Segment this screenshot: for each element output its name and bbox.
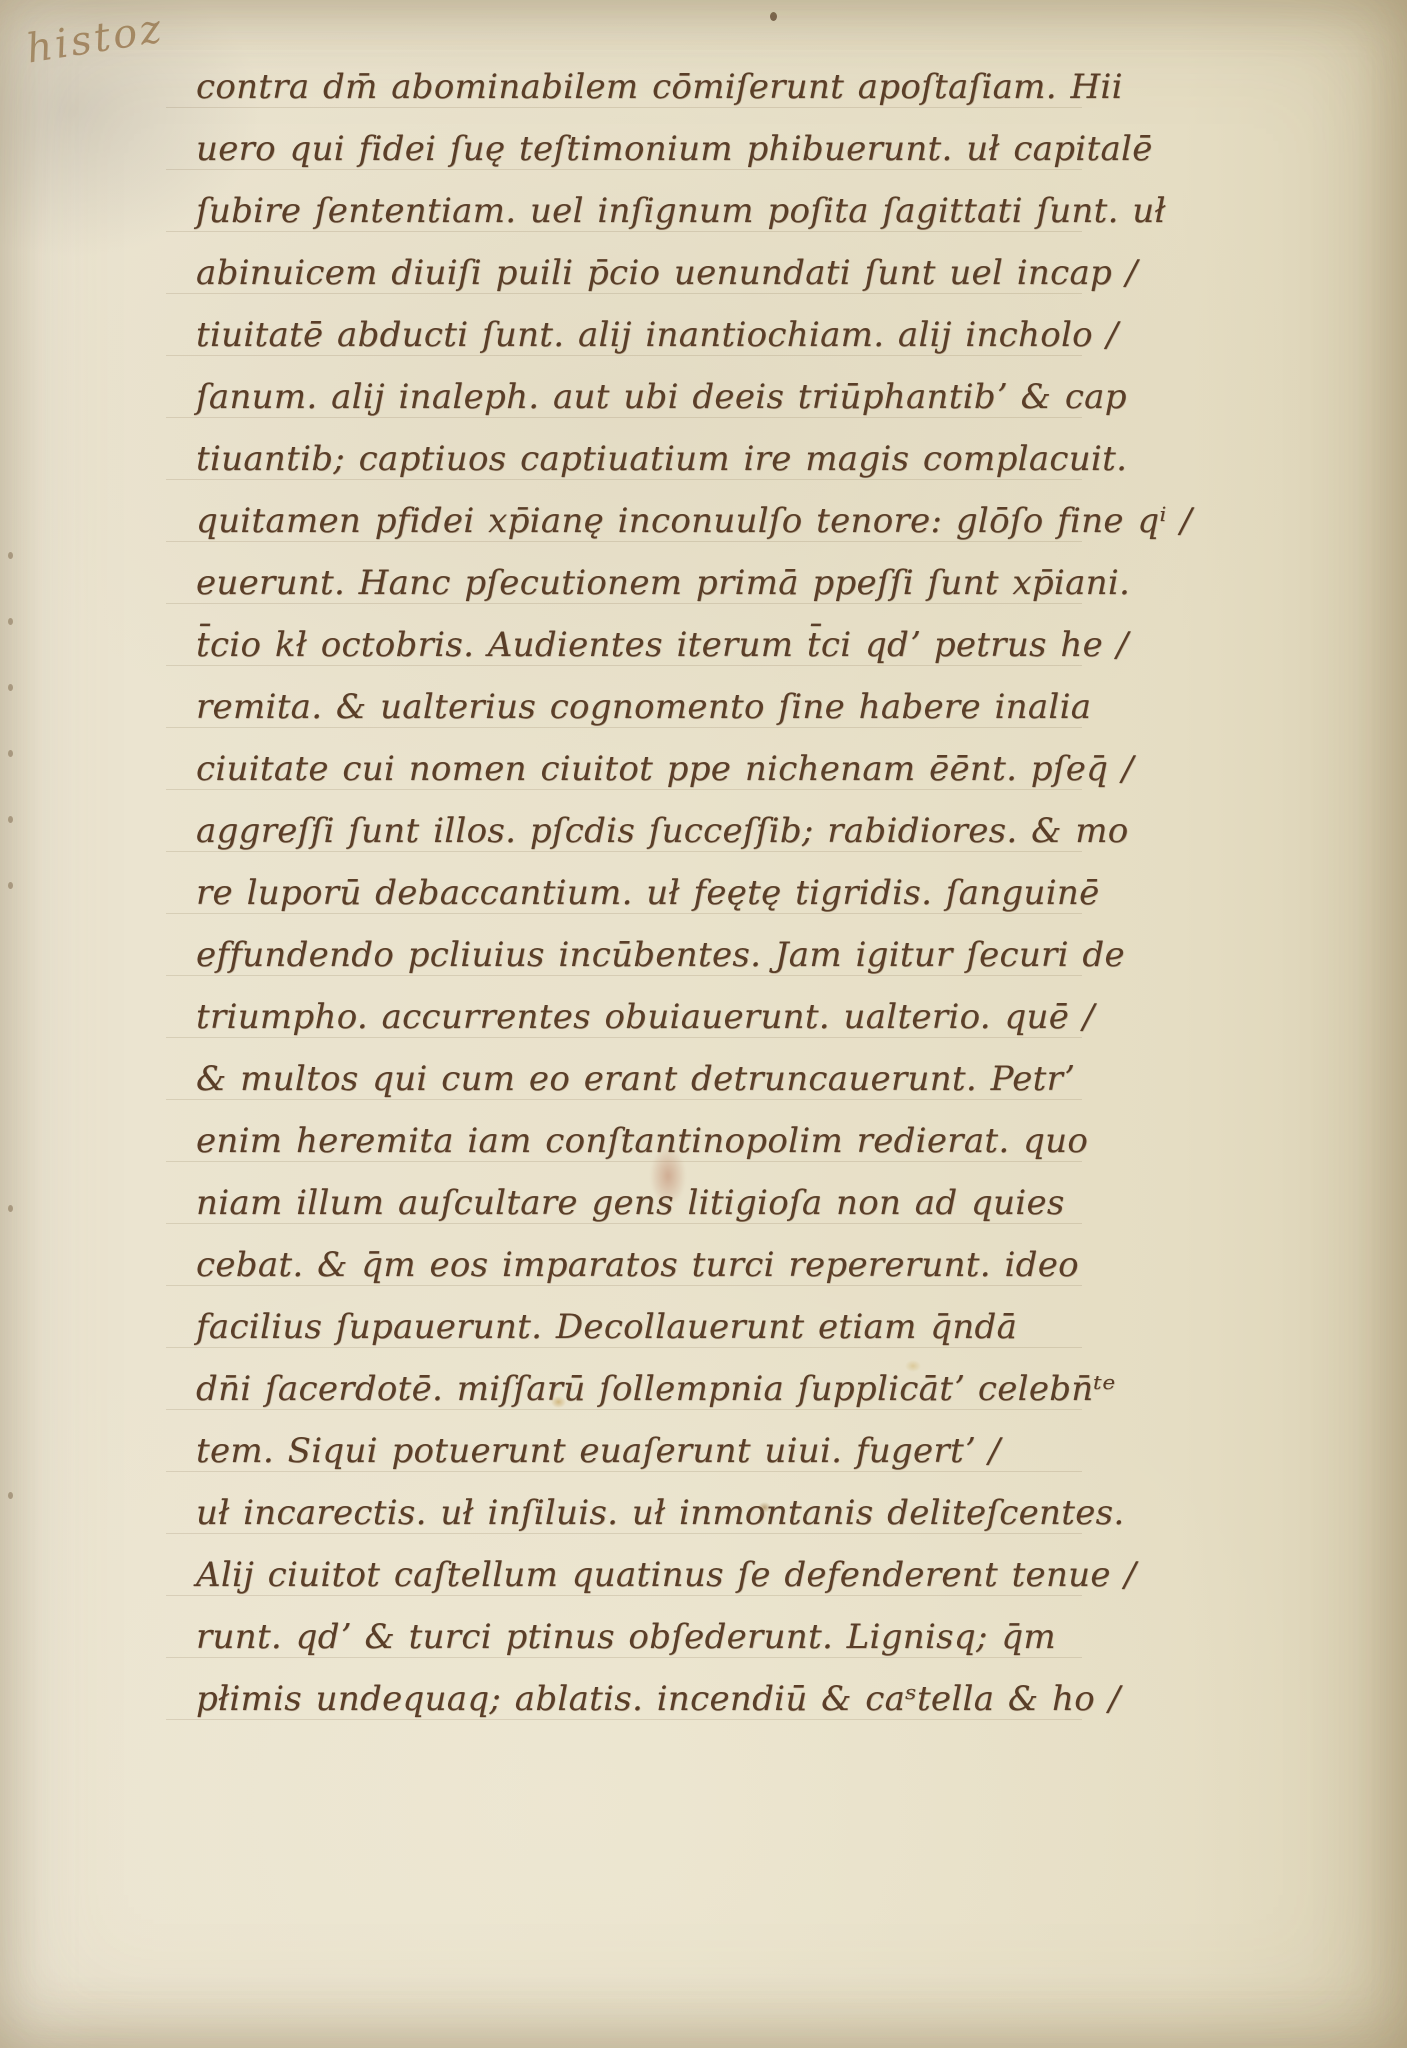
manuscript-line: niam illum auſcultare gens litigioſa non…	[196, 1172, 1056, 1234]
manuscript-line: ciuitate cui nomen ciuitot ppe nichenam …	[196, 738, 1056, 800]
manuscript-line: euerunt. Hanc pſecutionem primā ppeſſi ſ…	[196, 552, 1056, 614]
manuscript-line: tem. Siqui potuerunt euaſerunt uiui. fug…	[196, 1420, 1056, 1482]
manuscript-line: tiuitatē abducti ſunt. alij inantiochiam…	[196, 304, 1056, 366]
pricking-dot	[8, 1205, 13, 1212]
manuscript-line: enim heremita iam conſtantinopolim redie…	[196, 1110, 1056, 1172]
pricking-dot	[8, 618, 13, 625]
margin-note: histoz	[23, 5, 167, 72]
manuscript-line: abinuicem diuiſi puili p̄cio uenundati ſ…	[196, 242, 1056, 304]
manuscript-line: uł incarectis. uł inſiluis. uł inmontani…	[196, 1482, 1056, 1544]
pricking-dot	[8, 750, 13, 757]
manuscript-line: & multos qui cum eo erant detruncauerunt…	[196, 1048, 1056, 1110]
manuscript-line: contra dm̄ abominabilem cōmiſerunt apoſt…	[196, 56, 1056, 118]
manuscript-line: triumpho. accurrentes obuiauerunt. ualte…	[196, 986, 1056, 1048]
manuscript-line: uero qui fidei ſuę teſtimonium phibuerun…	[196, 118, 1056, 180]
manuscript-line: aggreſſi ſunt illos. pſcdis ſucceſſib; r…	[196, 800, 1056, 862]
manuscript-line: quitamen pfidei xp̄ianę inconuulſo tenor…	[196, 490, 1056, 552]
manuscript-page: histoz contra dm̄ abominabilem cōmiſerun…	[0, 0, 1407, 2048]
text-block: contra dm̄ abominabilem cōmiſerunt apoſt…	[196, 56, 1056, 1730]
pricking-dot	[8, 882, 13, 889]
manuscript-line: Alij ciuitot caſtellum quatinus ſe defen…	[196, 1544, 1056, 1606]
pricking-dot	[8, 684, 13, 691]
manuscript-line: płimis undequaq; ablatis. incendiū & caˢ…	[196, 1668, 1056, 1730]
pricking-dot	[8, 1492, 13, 1499]
pricking-dot	[8, 816, 13, 823]
manuscript-line: ſanum. alij inaleph. aut ubi deeis triūp…	[196, 366, 1056, 428]
manuscript-line: ſubire ſententiam. uel inſignum poſita ſ…	[196, 180, 1056, 242]
manuscript-line: dn̄i ſacerdotē. miſſarū ſollempnia ſuppl…	[196, 1358, 1056, 1420]
manuscript-line: tiuantib; captiuos captiuatium ire magis…	[196, 428, 1056, 490]
ink-speck	[770, 12, 777, 21]
manuscript-line: runt. qdʼ & turci ptinus obſederunt. Lig…	[196, 1606, 1056, 1668]
manuscript-line: effundendo pcliuius incūbentes. Jam igit…	[196, 924, 1056, 986]
manuscript-line: re luporū debaccantium. uł feętę tigridi…	[196, 862, 1056, 924]
manuscript-line: remita. & ualterius cognomento ſine habe…	[196, 676, 1056, 738]
manuscript-line: t̄cio kł octobris. Audientes iterum t̄ci…	[196, 614, 1056, 676]
manuscript-line: facilius ſupauerunt. Decollauerunt etiam…	[196, 1296, 1056, 1358]
manuscript-line: cebat. & q̄m eos imparatos turci reperer…	[196, 1234, 1056, 1296]
pricking-dot	[8, 552, 13, 559]
